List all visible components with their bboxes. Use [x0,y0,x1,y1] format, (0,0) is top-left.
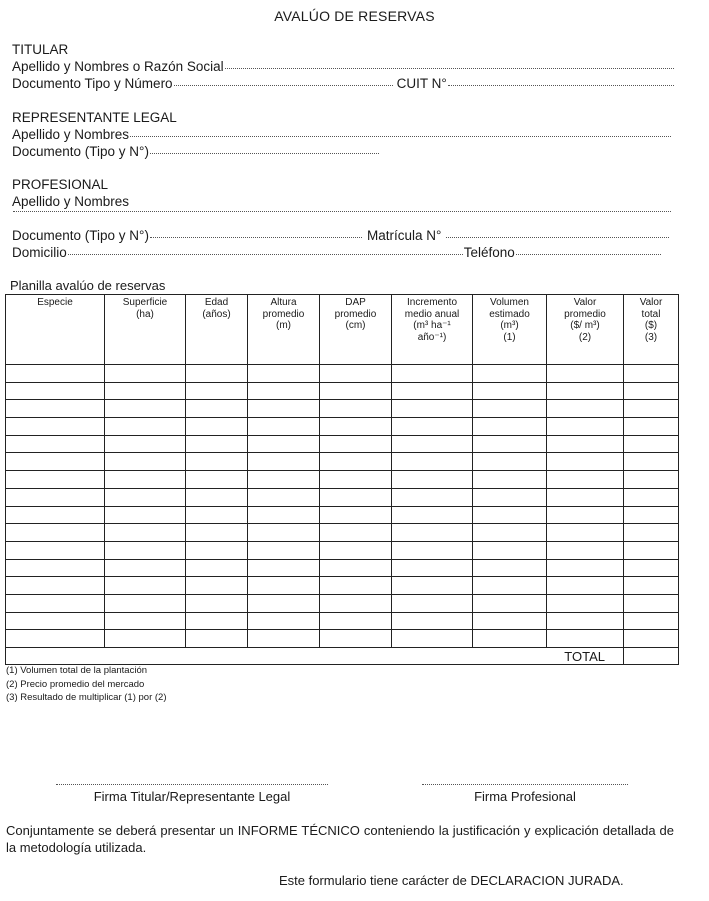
table-cell[interactable] [320,541,392,559]
table-cell[interactable] [392,612,473,630]
table-cell[interactable] [473,506,547,524]
table-cell[interactable] [186,630,248,648]
table-caption: Planilla avalúo de reservas [10,278,165,293]
representante-doc-field[interactable]: Documento (Tipo y N°) [12,144,380,159]
table-cell[interactable] [248,559,320,577]
table-cell[interactable] [473,365,547,383]
table-cell[interactable] [186,453,248,471]
table-cell[interactable] [186,418,248,436]
table-cell[interactable] [248,524,320,542]
table-cell[interactable] [320,524,392,542]
table-row [6,471,679,489]
profesional-telefono-input[interactable] [516,253,661,255]
table-cell[interactable] [248,630,320,648]
signature-line-titular[interactable] [56,783,328,785]
table-cell[interactable] [392,382,473,400]
signature-label-titular: Firma Titular/Representante Legal [56,789,328,804]
table-cell[interactable] [473,559,547,577]
titular-doc-row: Documento Tipo y Número CUIT N° [12,76,675,91]
table-cell[interactable] [547,400,624,418]
table-body [6,365,679,648]
table-cell[interactable] [547,577,624,595]
table-cell[interactable] [105,382,186,400]
footnotes: (1) Volumen total de la plantación (2) P… [6,664,167,705]
table-cell[interactable] [105,577,186,595]
titular-name-input[interactable] [225,67,674,69]
titular-cuit-label: CUIT N° [397,76,447,91]
table-cell[interactable] [392,559,473,577]
total-value-cell[interactable] [624,648,679,665]
table-cell[interactable] [6,488,105,506]
table-cell[interactable] [248,382,320,400]
table-cell[interactable] [320,365,392,383]
table-cell[interactable] [186,524,248,542]
table-cell[interactable] [320,400,392,418]
col-header-incremento: Incremento medio anual (m³ ha⁻¹ año⁻¹) [392,295,473,365]
table-cell[interactable] [248,506,320,524]
total-label: TOTAL [6,648,624,665]
table-cell[interactable] [473,594,547,612]
table-cell[interactable] [6,630,105,648]
titular-heading: TITULAR [12,42,68,57]
table-cell[interactable] [473,453,547,471]
table-cell[interactable] [392,577,473,595]
table-cell[interactable] [320,630,392,648]
table-cell[interactable] [392,524,473,542]
profesional-name-input[interactable] [13,210,671,212]
table-cell[interactable] [392,400,473,418]
table-row [6,524,679,542]
col-header-dap: DAP promedio (cm) [320,295,392,365]
table-cell[interactable] [186,594,248,612]
footnote-1: (1) Volumen total de la plantación [6,664,167,678]
table-cell[interactable] [248,471,320,489]
table-cell[interactable] [248,400,320,418]
table-cell[interactable] [547,418,624,436]
table-cell[interactable] [105,630,186,648]
table-cell[interactable] [473,382,547,400]
table-cell[interactable] [186,471,248,489]
table-cell[interactable] [186,541,248,559]
table-cell[interactable] [105,559,186,577]
table-cell[interactable] [248,365,320,383]
table-cell[interactable] [320,435,392,453]
table-cell[interactable] [105,524,186,542]
table-cell[interactable] [473,471,547,489]
table-cell[interactable] [105,612,186,630]
profesional-domicilio-label: Domicilio [12,245,67,260]
table-cell[interactable] [547,365,624,383]
table-cell[interactable] [6,577,105,595]
table-cell[interactable] [547,382,624,400]
table-row [6,559,679,577]
table-cell[interactable] [392,594,473,612]
signature-label-profesional: Firma Profesional [422,789,628,804]
table-row [6,418,679,436]
table-cell[interactable] [320,382,392,400]
table-cell[interactable] [6,365,105,383]
table-cell[interactable] [624,612,679,630]
signature-line-profesional[interactable] [422,783,628,785]
table-cell[interactable] [392,418,473,436]
table-cell[interactable] [547,524,624,542]
table-cell[interactable] [248,594,320,612]
profesional-domicilio-input[interactable] [68,253,463,255]
table-cell[interactable] [624,471,679,489]
table-cell[interactable] [186,365,248,383]
table-cell[interactable] [547,506,624,524]
table-cell[interactable] [547,435,624,453]
table-cell[interactable] [6,506,105,524]
table-cell[interactable] [6,400,105,418]
titular-doc-label: Documento Tipo y Número [12,76,173,91]
profesional-doc-row: Documento (Tipo y N°) Matrícula N° [12,228,670,243]
table-row [6,488,679,506]
table-cell[interactable] [547,488,624,506]
table-row [6,541,679,559]
representante-name-label: Apellido y Nombres [12,127,129,142]
table-cell[interactable] [248,418,320,436]
table-cell[interactable] [547,630,624,648]
table-cell[interactable] [547,471,624,489]
profesional-doc-label: Documento (Tipo y N°) [12,228,149,243]
table-cell[interactable] [624,577,679,595]
table-cell[interactable] [105,365,186,383]
table-cell[interactable] [547,453,624,471]
table-cell[interactable] [624,541,679,559]
profesional-telefono-label: Teléfono [464,245,515,260]
table-cell[interactable] [624,524,679,542]
table-cell[interactable] [392,435,473,453]
table-cell[interactable] [392,471,473,489]
table-cell[interactable] [186,559,248,577]
table-cell[interactable] [624,630,679,648]
table-cell[interactable] [473,488,547,506]
table-cell[interactable] [186,435,248,453]
titular-name-field[interactable]: Apellido y Nombres o Razón Social [12,59,675,74]
table-cell[interactable] [320,559,392,577]
profesional-matricula-input[interactable] [446,236,669,238]
table-cell[interactable] [105,453,186,471]
table-cell[interactable] [624,559,679,577]
table-cell[interactable] [186,506,248,524]
table-cell[interactable] [473,612,547,630]
table-cell[interactable] [186,488,248,506]
table-row [6,382,679,400]
titular-doc-input[interactable] [174,84,393,86]
table-cell[interactable] [6,524,105,542]
table-cell[interactable] [473,418,547,436]
col-header-valor-total: Valor total ($) (3) [624,295,679,365]
table-cell[interactable] [105,471,186,489]
table-row [6,594,679,612]
reserves-table: Especie Superficie (ha) Edad (años) Altu… [5,294,679,665]
table-cell[interactable] [624,382,679,400]
col-header-altura: Altura promedio (m) [248,295,320,365]
representante-name-field[interactable]: Apellido y Nombres [12,127,672,142]
table-cell[interactable] [248,541,320,559]
table-cell[interactable] [547,612,624,630]
table-cell[interactable] [624,488,679,506]
table-cell[interactable] [473,524,547,542]
table-cell[interactable] [6,471,105,489]
table-cell[interactable] [547,559,624,577]
table-cell[interactable] [105,435,186,453]
table-cell[interactable] [624,594,679,612]
table-cell[interactable] [320,612,392,630]
table-cell[interactable] [6,594,105,612]
table-cell[interactable] [473,630,547,648]
table-cell[interactable] [6,382,105,400]
table-row [6,577,679,595]
table-row [6,453,679,471]
table-cell[interactable] [320,594,392,612]
table-cell[interactable] [248,577,320,595]
table-cell[interactable] [547,541,624,559]
table-cell[interactable] [105,541,186,559]
table-cell[interactable] [392,630,473,648]
table-cell[interactable] [473,577,547,595]
table-row [6,506,679,524]
table-cell[interactable] [105,594,186,612]
table-cell[interactable] [248,435,320,453]
col-header-edad: Edad (años) [186,295,248,365]
table-cell[interactable] [248,612,320,630]
table-row [6,365,679,383]
table-cell[interactable] [6,541,105,559]
table-cell[interactable] [473,541,547,559]
footnote-3: (3) Resultado de multiplicar (1) por (2) [6,691,167,705]
table-cell[interactable] [392,541,473,559]
table-row [6,400,679,418]
table-cell[interactable] [392,488,473,506]
table-cell[interactable] [392,506,473,524]
table-cell[interactable] [624,365,679,383]
titular-name-label: Apellido y Nombres o Razón Social [12,59,224,74]
table-cell[interactable] [392,453,473,471]
representante-doc-input[interactable] [150,152,379,154]
profesional-heading: PROFESIONAL [12,177,108,192]
table-cell[interactable] [320,577,392,595]
table-cell[interactable] [105,506,186,524]
table-cell[interactable] [473,400,547,418]
total-row: TOTAL [6,648,679,665]
col-header-especie: Especie [6,295,105,365]
representante-doc-label: Documento (Tipo y N°) [12,144,149,159]
profesional-name-label: Apellido y Nombres [12,194,129,209]
titular-cuit-input[interactable] [448,84,674,86]
table-cell[interactable] [624,400,679,418]
table-cell[interactable] [320,506,392,524]
table-header-row: Especie Superficie (ha) Edad (años) Altu… [6,295,679,365]
table-row [6,612,679,630]
table-cell[interactable] [6,559,105,577]
table-cell[interactable] [624,435,679,453]
table-cell[interactable] [624,506,679,524]
profesional-name-field[interactable] [12,212,672,214]
table-cell[interactable] [6,612,105,630]
profesional-matricula-label: Matrícula N° [367,228,441,243]
table-row [6,435,679,453]
table-cell[interactable] [186,612,248,630]
table-cell[interactable] [624,453,679,471]
table-cell[interactable] [105,400,186,418]
table-cell[interactable] [547,594,624,612]
table-cell[interactable] [624,418,679,436]
table-cell[interactable] [320,453,392,471]
profesional-doc-input[interactable] [150,236,362,238]
col-header-volumen: Volumen estimado (m³) (1) [473,295,547,365]
table-cell[interactable] [320,418,392,436]
declaracion-jurada-text: Este formulario tiene carácter de DECLAR… [279,873,624,888]
table-cell[interactable] [105,418,186,436]
table-cell[interactable] [248,453,320,471]
table-cell[interactable] [6,418,105,436]
table-cell[interactable] [473,435,547,453]
table-cell[interactable] [248,488,320,506]
table-cell[interactable] [186,577,248,595]
table-cell[interactable] [105,488,186,506]
table-cell[interactable] [186,382,248,400]
representante-name-input[interactable] [130,135,671,137]
informe-tecnico-text: Conjuntamente se deberá presentar un INF… [6,822,674,856]
table-cell[interactable] [320,471,392,489]
footnote-2: (2) Precio promedio del mercado [6,678,167,692]
form-title: AVALÚO DE RESERVAS [0,8,709,24]
table-cell[interactable] [6,453,105,471]
table-cell[interactable] [320,488,392,506]
table-cell[interactable] [186,400,248,418]
table-row [6,630,679,648]
profesional-domicilio-row: Domicilio Teléfono [12,245,662,260]
col-header-valor-promedio: Valor promedio ($/ m³) (2) [547,295,624,365]
table-cell[interactable] [392,365,473,383]
col-header-superficie: Superficie (ha) [105,295,186,365]
table-cell[interactable] [6,435,105,453]
representante-heading: REPRESENTANTE LEGAL [12,110,177,125]
